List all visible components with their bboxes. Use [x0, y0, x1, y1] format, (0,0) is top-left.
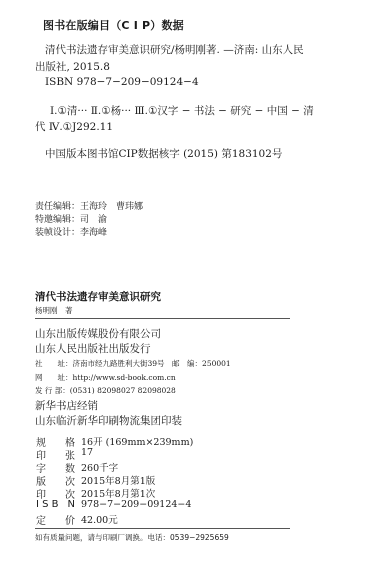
cip-heading: 图书在版编目（C I P）数据: [43, 17, 184, 33]
spec-price: 定价 42.00元: [36, 512, 118, 527]
spec-value: 978−7−209−09124−4: [81, 499, 191, 510]
spec-key: 定: [36, 512, 46, 527]
divider-top: [35, 318, 290, 319]
cip-subject-line-2: 代 Ⅳ.①J292.11: [35, 119, 113, 134]
cip-record-line-2: 出版社, 2015.8: [35, 59, 110, 74]
distributor: 新华书店经销: [35, 398, 98, 413]
divider-bottom: [35, 528, 290, 529]
cover-designer: 装帧设计：李海峰: [35, 225, 107, 238]
responsible-editor: 责任编辑：王海玲 曹玮娜: [35, 199, 143, 212]
sales-department-phone: 发 行 部：(0531) 82098027 82098028: [35, 385, 176, 396]
spec-key: N: [68, 499, 75, 510]
cip-verification-number: 中国版本图书馆CIP数据核字 (2015) 第183102号: [45, 146, 282, 161]
publisher-website: 网 址：http://www.sd-book.com.cn: [35, 372, 176, 383]
spec-key: 价: [65, 512, 75, 527]
spec-isbn: I S BN 978−7−209−09124−4: [36, 499, 191, 510]
publisher-name: 山东人民出版社出版发行: [35, 341, 151, 356]
publisher-address: 社 址：济南市经九路胜利大街39号 邮 编：250001: [35, 358, 231, 369]
spec-value: 42.00元: [81, 512, 118, 527]
special-editor: 特邀编辑：司 渝: [35, 212, 107, 225]
printer: 山东临沂新华印刷物流集团印装: [35, 413, 182, 428]
publisher-group: 山东出版传媒股份有限公司: [35, 326, 161, 341]
cip-subject-line-1: Ⅰ.①清··· Ⅱ.①杨··· Ⅲ.①汉字 − 书法 − 研究 − 中国 − 清: [50, 103, 314, 118]
book-author: 杨明刚 著: [35, 305, 73, 316]
spec-key: I S B: [36, 499, 59, 510]
book-title: 清代书法遗存审美意识研究: [35, 289, 161, 304]
cip-record-line-1: 清代书法遗存审美意识研究/杨明刚著. —济南: 山东人民: [45, 42, 304, 57]
cip-isbn: ISBN 978−7−209−09124−4: [45, 76, 199, 88]
spec-value: 16开 (169mm×239mm): [81, 434, 193, 449]
quality-notice: 如有质量问题，请与印刷厂调换。电话：0539−2925659: [35, 532, 229, 543]
